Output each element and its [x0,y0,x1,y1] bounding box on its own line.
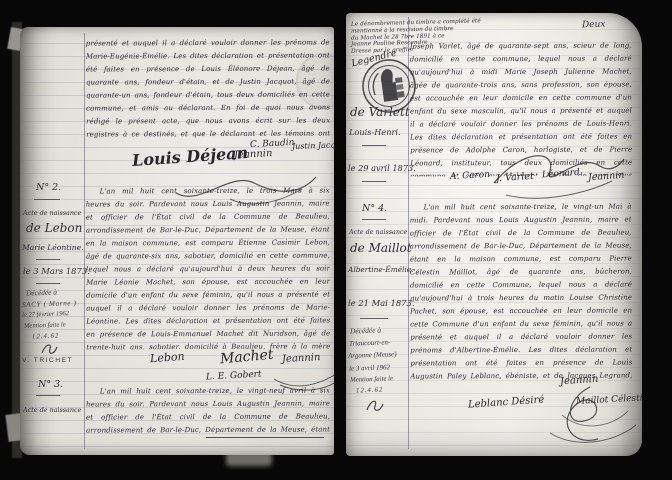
act2-number: N° 2. [36,182,61,193]
act3-body-text: Joseph Varlet, âgé de quarante-sept ans,… [410,40,633,177]
death-mention-line: Argonne (Meuse) [348,350,397,360]
act1-officer-signature: Jeannin [234,148,273,161]
paraph-icon [38,341,60,357]
act2-witness2-signature: L. E. Gobert [206,370,262,383]
act4-witness-signature: Leblanc Désiré [468,394,545,410]
death-mention-line: le 27 février 1962 [22,310,69,319]
death-mention-line: Mention faite le [350,375,393,383]
margin-rule-left [84,33,85,449]
margin-divider [360,318,388,319]
act3-firstname: Louis-Henri. [349,127,401,137]
act3-witness2-signature: Léonard [542,168,581,181]
act4-label: Acte de naissance [349,228,407,236]
death-mention-line: Décédée à [26,287,57,297]
left-page: N° 2. Acte de naissance de Lebon Marie L… [20,27,334,455]
act1-body-text: présenté et auquel il a déclaré vouloir … [86,36,330,142]
act2-officer-signature: Jeannin [282,352,321,365]
act2-declarant-signature: Lebon [150,350,185,365]
act3-opening-text: L'an mil huit cent soixante-treize, le v… [86,384,330,439]
scanned-register-spread: { "scan": { "folio_word": "Deux" }, "lef… [0,0,672,480]
margin-divider [362,219,386,220]
act3-witness-signature: A. Caron [450,170,490,182]
signature-flourish [536,381,642,451]
act3-surname: de Varlett [350,105,410,119]
act4-date: le 21 Mai 1873. [348,298,415,308]
margin-divider [36,259,60,260]
death-mention-line: Triaucourt-en- [349,338,390,347]
act4-number: N° 4. [362,203,387,214]
death-mention-line: SACY ( Marne ) [22,299,77,309]
line-end-stroke [206,437,324,438]
paraph-icon [362,397,386,415]
act2-date: le 3 Mars 1873. [23,266,90,276]
act4-body-text: L'an mil huit cent soixante-treize, le v… [410,201,633,384]
margin-divider [362,181,386,182]
margin-divider [36,395,60,396]
act2-firstname: Marie Léontine. [22,243,84,252]
death-mention-line: le 3 avril 1962 [349,363,390,372]
act3-label: Acte de naissance [23,406,81,414]
act3-date: le 29 avril 1873. [348,163,416,173]
act2-body-text: L'an mil huit cent soixante-treize, le t… [86,184,331,349]
act4-officer-signature: Jeannin [560,374,599,388]
act4-declarant-signature: Maillot Célestin [576,393,642,407]
margin-divider [36,283,60,284]
act2-label: Acte de naissance [23,209,81,217]
act3-officer-signature: Jeannin [588,170,625,184]
margin-divider [362,145,386,146]
death-mention-line: 12.4.62 [356,387,384,395]
death-mention-line: Mention faite le [24,321,66,329]
death-mention-line: Décédée à [350,325,381,335]
folio-number: Deux [582,20,606,31]
mention-clerk-signature: V. TRICHET [22,357,73,364]
right-page: Le dénombrement du timbre a complété été… [346,13,642,456]
act1-witness-signature: Justin Jacquot [292,140,334,151]
act4-firstname: Albertine-Émélie. [348,265,414,274]
act1-large-signature: Louis Déjean [131,143,248,170]
act2-surname: de Lebon [26,221,82,235]
act2-witness-signature: Machet [219,347,274,368]
margin-divider [34,199,60,200]
act4-surname: de Maillot [350,241,412,255]
act3-declarant-signature: J. Varlet [496,171,534,185]
act3-number: N° 3. [38,379,63,390]
death-mention-line: 12.4.62 [32,333,60,341]
